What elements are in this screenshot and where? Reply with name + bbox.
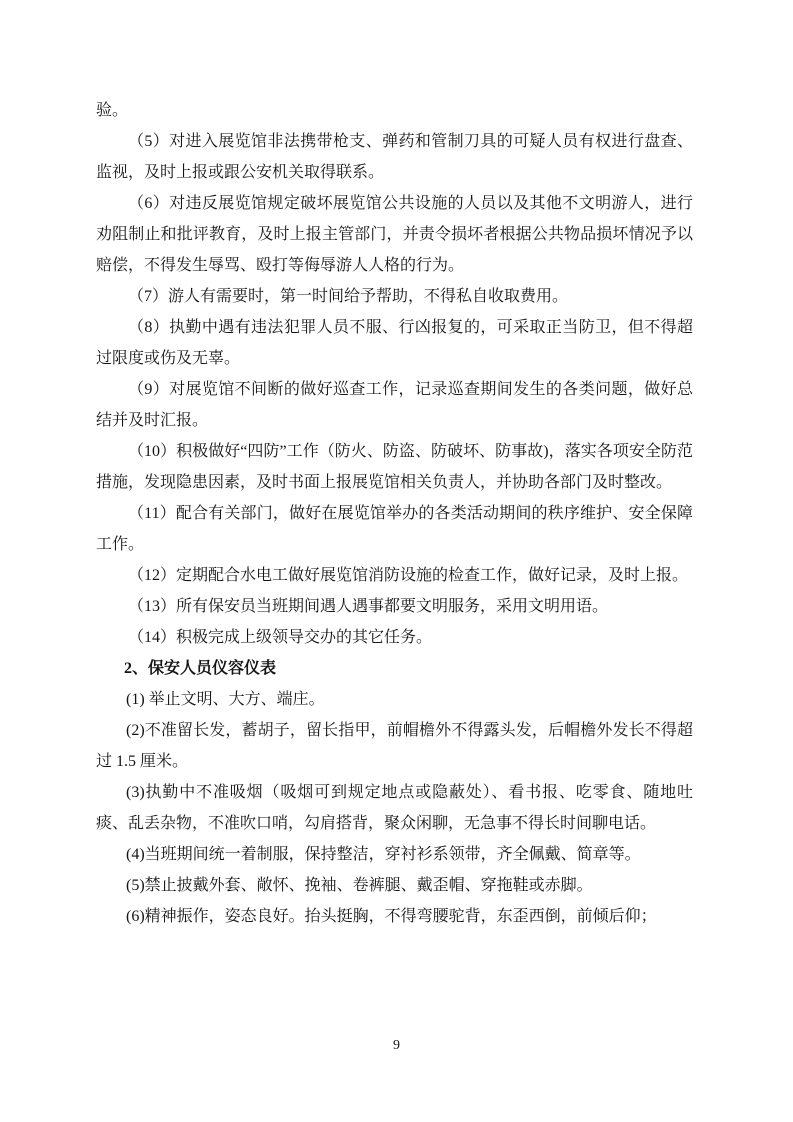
- duty-item-8: （8）执勤中遇有违法犯罪人员不服、行凶报复的，可采取正当防卫，但不得超过限度或伤…: [96, 312, 693, 374]
- continuation-line: 验。: [96, 95, 693, 126]
- appearance-item-5: (5)禁止披戴外套、敞怀、挽袖、卷裤腿、戴歪帽、穿拖鞋或赤脚。: [96, 870, 693, 901]
- section-heading-appearance: 2、保安人员仪容仪表: [96, 653, 693, 684]
- appearance-item-1: (1) 举止文明、大方、端庄。: [96, 684, 693, 715]
- duty-item-11: （11）配合有关部门，做好在展览馆举办的各类活动期间的秩序维护、安全保障工作。: [96, 498, 693, 560]
- appearance-item-2: (2)不准留长发，蓄胡子，留长指甲，前帽檐外不得露头发，后帽檐外发长不得超过 1…: [96, 715, 693, 777]
- duty-item-5: （5）对进入展览馆非法携带枪支、弹药和管制刀具的可疑人员有权进行盘查、监视，及时…: [96, 126, 693, 188]
- page-body-text: 验。 （5）对进入展览馆非法携带枪支、弹药和管制刀具的可疑人员有权进行盘查、监视…: [96, 95, 693, 932]
- appearance-item-6: (6)精神振作，姿态良好。抬头挺胸，不得弯腰驼背，东歪西倒，前倾后仰；: [96, 901, 693, 932]
- duty-item-14: （14）积极完成上级领导交办的其它任务。: [96, 622, 693, 653]
- appearance-item-4: (4)当班期间统一着制服，保持整洁，穿衬衫系领带，齐全佩戴、简章等。: [96, 839, 693, 870]
- duty-item-7: （7）游人有需要时，第一时间给予帮助，不得私自收取费用。: [96, 281, 693, 312]
- appearance-item-3: (3)执勤中不准吸烟（吸烟可到规定地点或隐蔽处）、看书报、吃零食、随地吐痰、乱丢…: [96, 777, 693, 839]
- duty-item-10: （10）积极做好“四防”工作（防火、防盗、防破坏、防事故)，落实各项安全防范措施…: [96, 436, 693, 498]
- page-number: 9: [0, 1038, 793, 1054]
- duty-item-12: （12）定期配合水电工做好展览馆消防设施的检查工作，做好记录，及时上报。: [96, 560, 693, 591]
- duty-item-13: （13）所有保安员当班期间遇人遇事都要文明服务，采用文明用语。: [96, 591, 693, 622]
- document-page: 验。 （5）对进入展览馆非法携带枪支、弹药和管制刀具的可疑人员有权进行盘查、监视…: [0, 0, 793, 1122]
- duty-item-9: （9）对展览馆不间断的做好巡查工作，记录巡查期间发生的各类问题，做好总结并及时汇…: [96, 374, 693, 436]
- duty-item-6: （6）对违反展览馆规定破坏展览馆公共设施的人员以及其他不文明游人，进行劝阻制止和…: [96, 188, 693, 281]
